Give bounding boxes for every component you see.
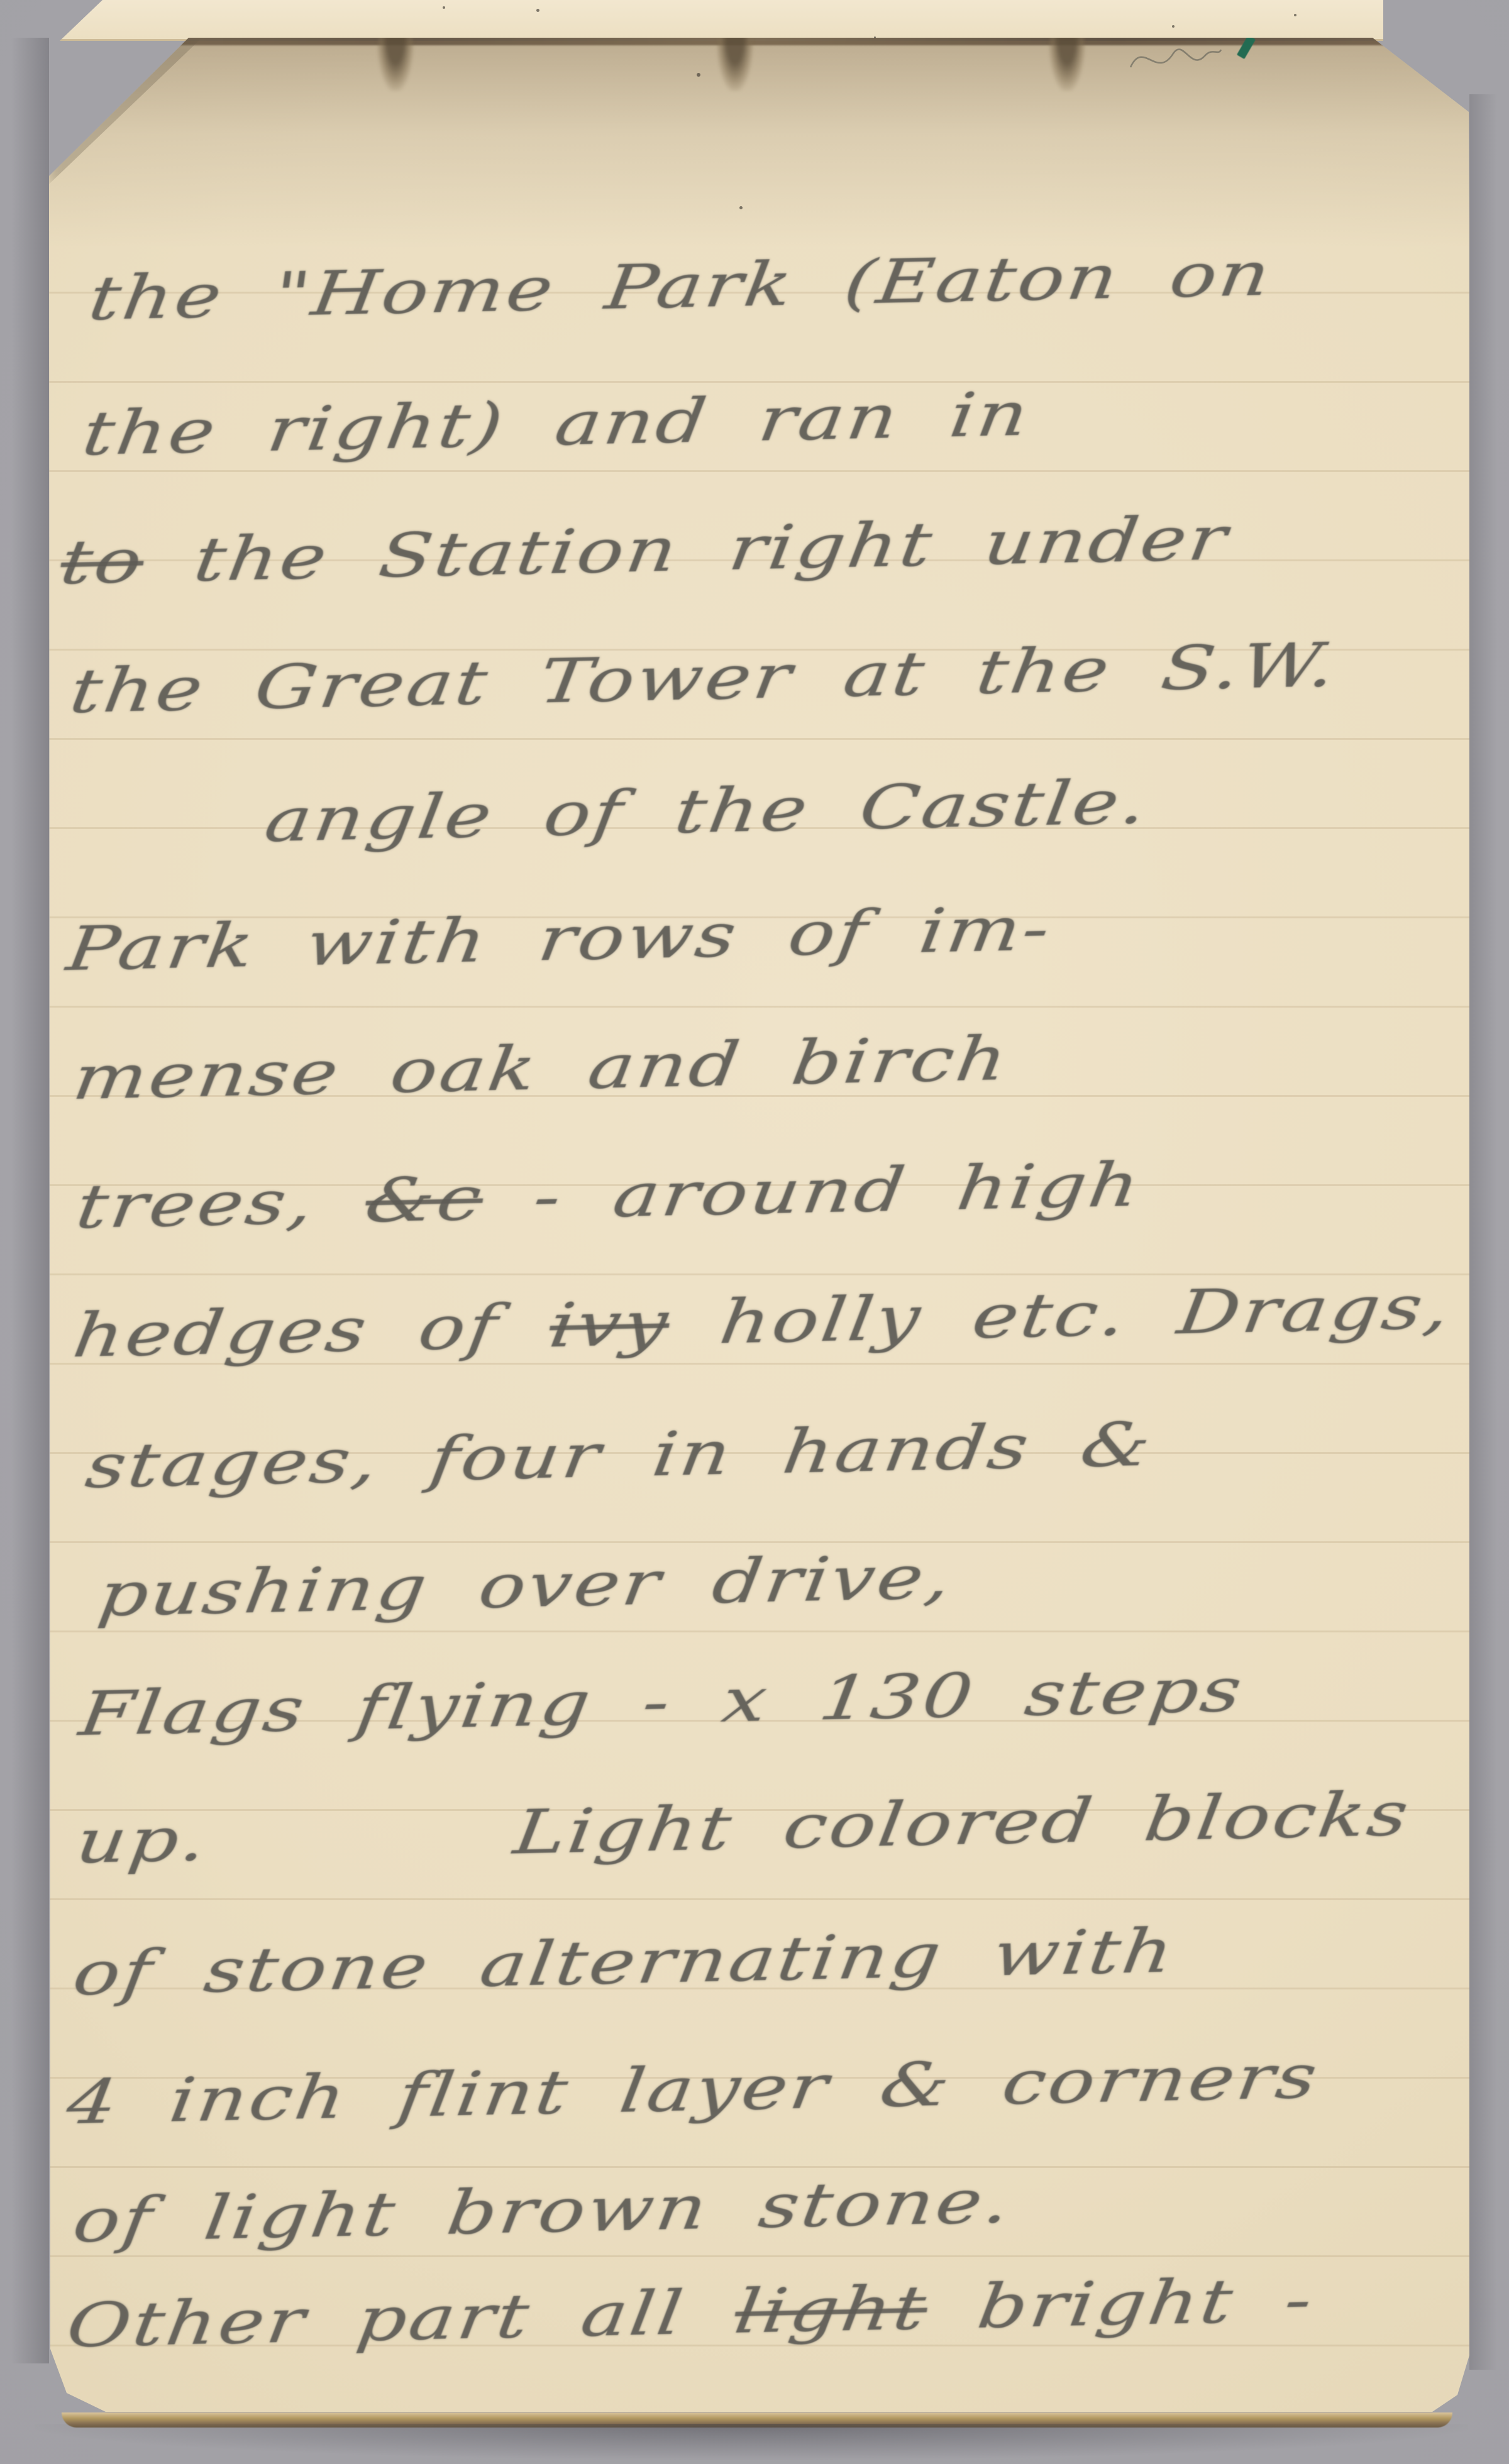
handwriting-text: the right) and ran in: [79, 378, 1035, 469]
handwriting-text: pushing over drive,: [94, 1542, 958, 1631]
paper-speck: [443, 6, 445, 9]
handwriting-line: of light brown stone.: [69, 2167, 1016, 2256]
handwriting-line: the right) and ran in: [79, 379, 1034, 468]
handwriting-text: 4 inch flint layer & corners: [63, 2041, 1324, 2138]
scanned-notebook-page-background: the "Home Park (Eaton onthe right) and r…: [0, 0, 1509, 2464]
handwriting-text: Flags flying - x 130 steps: [75, 1654, 1248, 1749]
handwriting-text: the "Home Park (Eaton on: [85, 239, 1276, 334]
tear-notch: [1049, 28, 1085, 91]
paper-speck: [874, 36, 876, 38]
handwriting-text: up. Light colored blocks: [72, 1779, 1415, 1878]
handwriting-line: up. Light colored blocks: [72, 1779, 1415, 1877]
handwriting-text: Park with rows of im-: [63, 893, 1056, 984]
previous-page-top-strip: [60, 0, 1383, 41]
handwriting-line: pushing over drive,: [94, 1543, 958, 1630]
tear-notch: [717, 28, 753, 91]
handwriting-line: Park with rows of im-: [63, 894, 1056, 984]
handwriting-line: Flags flying - x 130 steps: [75, 1655, 1248, 1749]
struck-word: &c: [362, 1163, 488, 1236]
handwriting-text: mense oak and birch: [69, 1023, 1014, 1113]
handwriting-text: of light brown stone.: [69, 2166, 1016, 2257]
paper-speck: [739, 206, 743, 209]
handwriting-text: holly etc. Drags,: [665, 1272, 1456, 1358]
handwriting-text: angle of the Castle.: [261, 767, 1153, 856]
handwriting-layer: the "Home Park (Eaton onthe right) and r…: [49, 35, 1469, 2417]
notebook-page: the "Home Park (Eaton onthe right) and r…: [49, 35, 1469, 2417]
tear-notch: [377, 28, 414, 91]
handwriting-line: hedges of ivy holly etc. Drags,: [69, 1272, 1456, 1371]
paper-speck: [697, 73, 700, 77]
handwriting-line: the Great Tower at the S.W.: [66, 630, 1342, 727]
handwriting-text: the Station right under: [139, 503, 1233, 596]
handwriting-line: stages, four in hands &: [82, 1409, 1158, 1501]
handwriting-line: mense oak and birch: [69, 1024, 1014, 1113]
handwriting-text: - around high: [478, 1150, 1146, 1234]
handwriting-text: stages, four in hands &: [82, 1409, 1158, 1502]
notebook-drop-shadow: [35, 2424, 1468, 2460]
right-edge-shadow: [1469, 94, 1497, 2370]
handwriting-text: bright -: [922, 2264, 1318, 2343]
handwriting-text: Other part all: [63, 2277, 741, 2362]
handwriting-line: Other part all light bright -: [63, 2265, 1318, 2360]
handwriting-text: of stone alternating with: [69, 1915, 1180, 2009]
struck-word: ivy: [545, 1288, 674, 1361]
handwriting-line: 4 inch flint layer & corners: [63, 2042, 1324, 2137]
paper-speck: [536, 9, 539, 12]
handwriting-text: trees,: [72, 1165, 371, 1242]
handwriting-line: the "Home Park (Eaton on: [85, 239, 1276, 334]
paper-speck: [1294, 14, 1296, 16]
struck-word: to: [57, 525, 148, 598]
handwriting-line: of stone alternating with: [69, 1916, 1180, 2008]
left-edge-shadow: [11, 38, 49, 2363]
handwriting-line: to the Station right under: [57, 503, 1233, 598]
handwriting-line: angle of the Castle.: [261, 767, 1153, 855]
paper-speck: [1172, 25, 1175, 28]
struck-word: light: [731, 2272, 932, 2347]
handwriting-text: hedges of: [69, 1290, 555, 1371]
handwriting-text: the Great Tower at the S.W.: [66, 630, 1342, 727]
handwriting-line: trees, &c - around high: [72, 1150, 1146, 1242]
